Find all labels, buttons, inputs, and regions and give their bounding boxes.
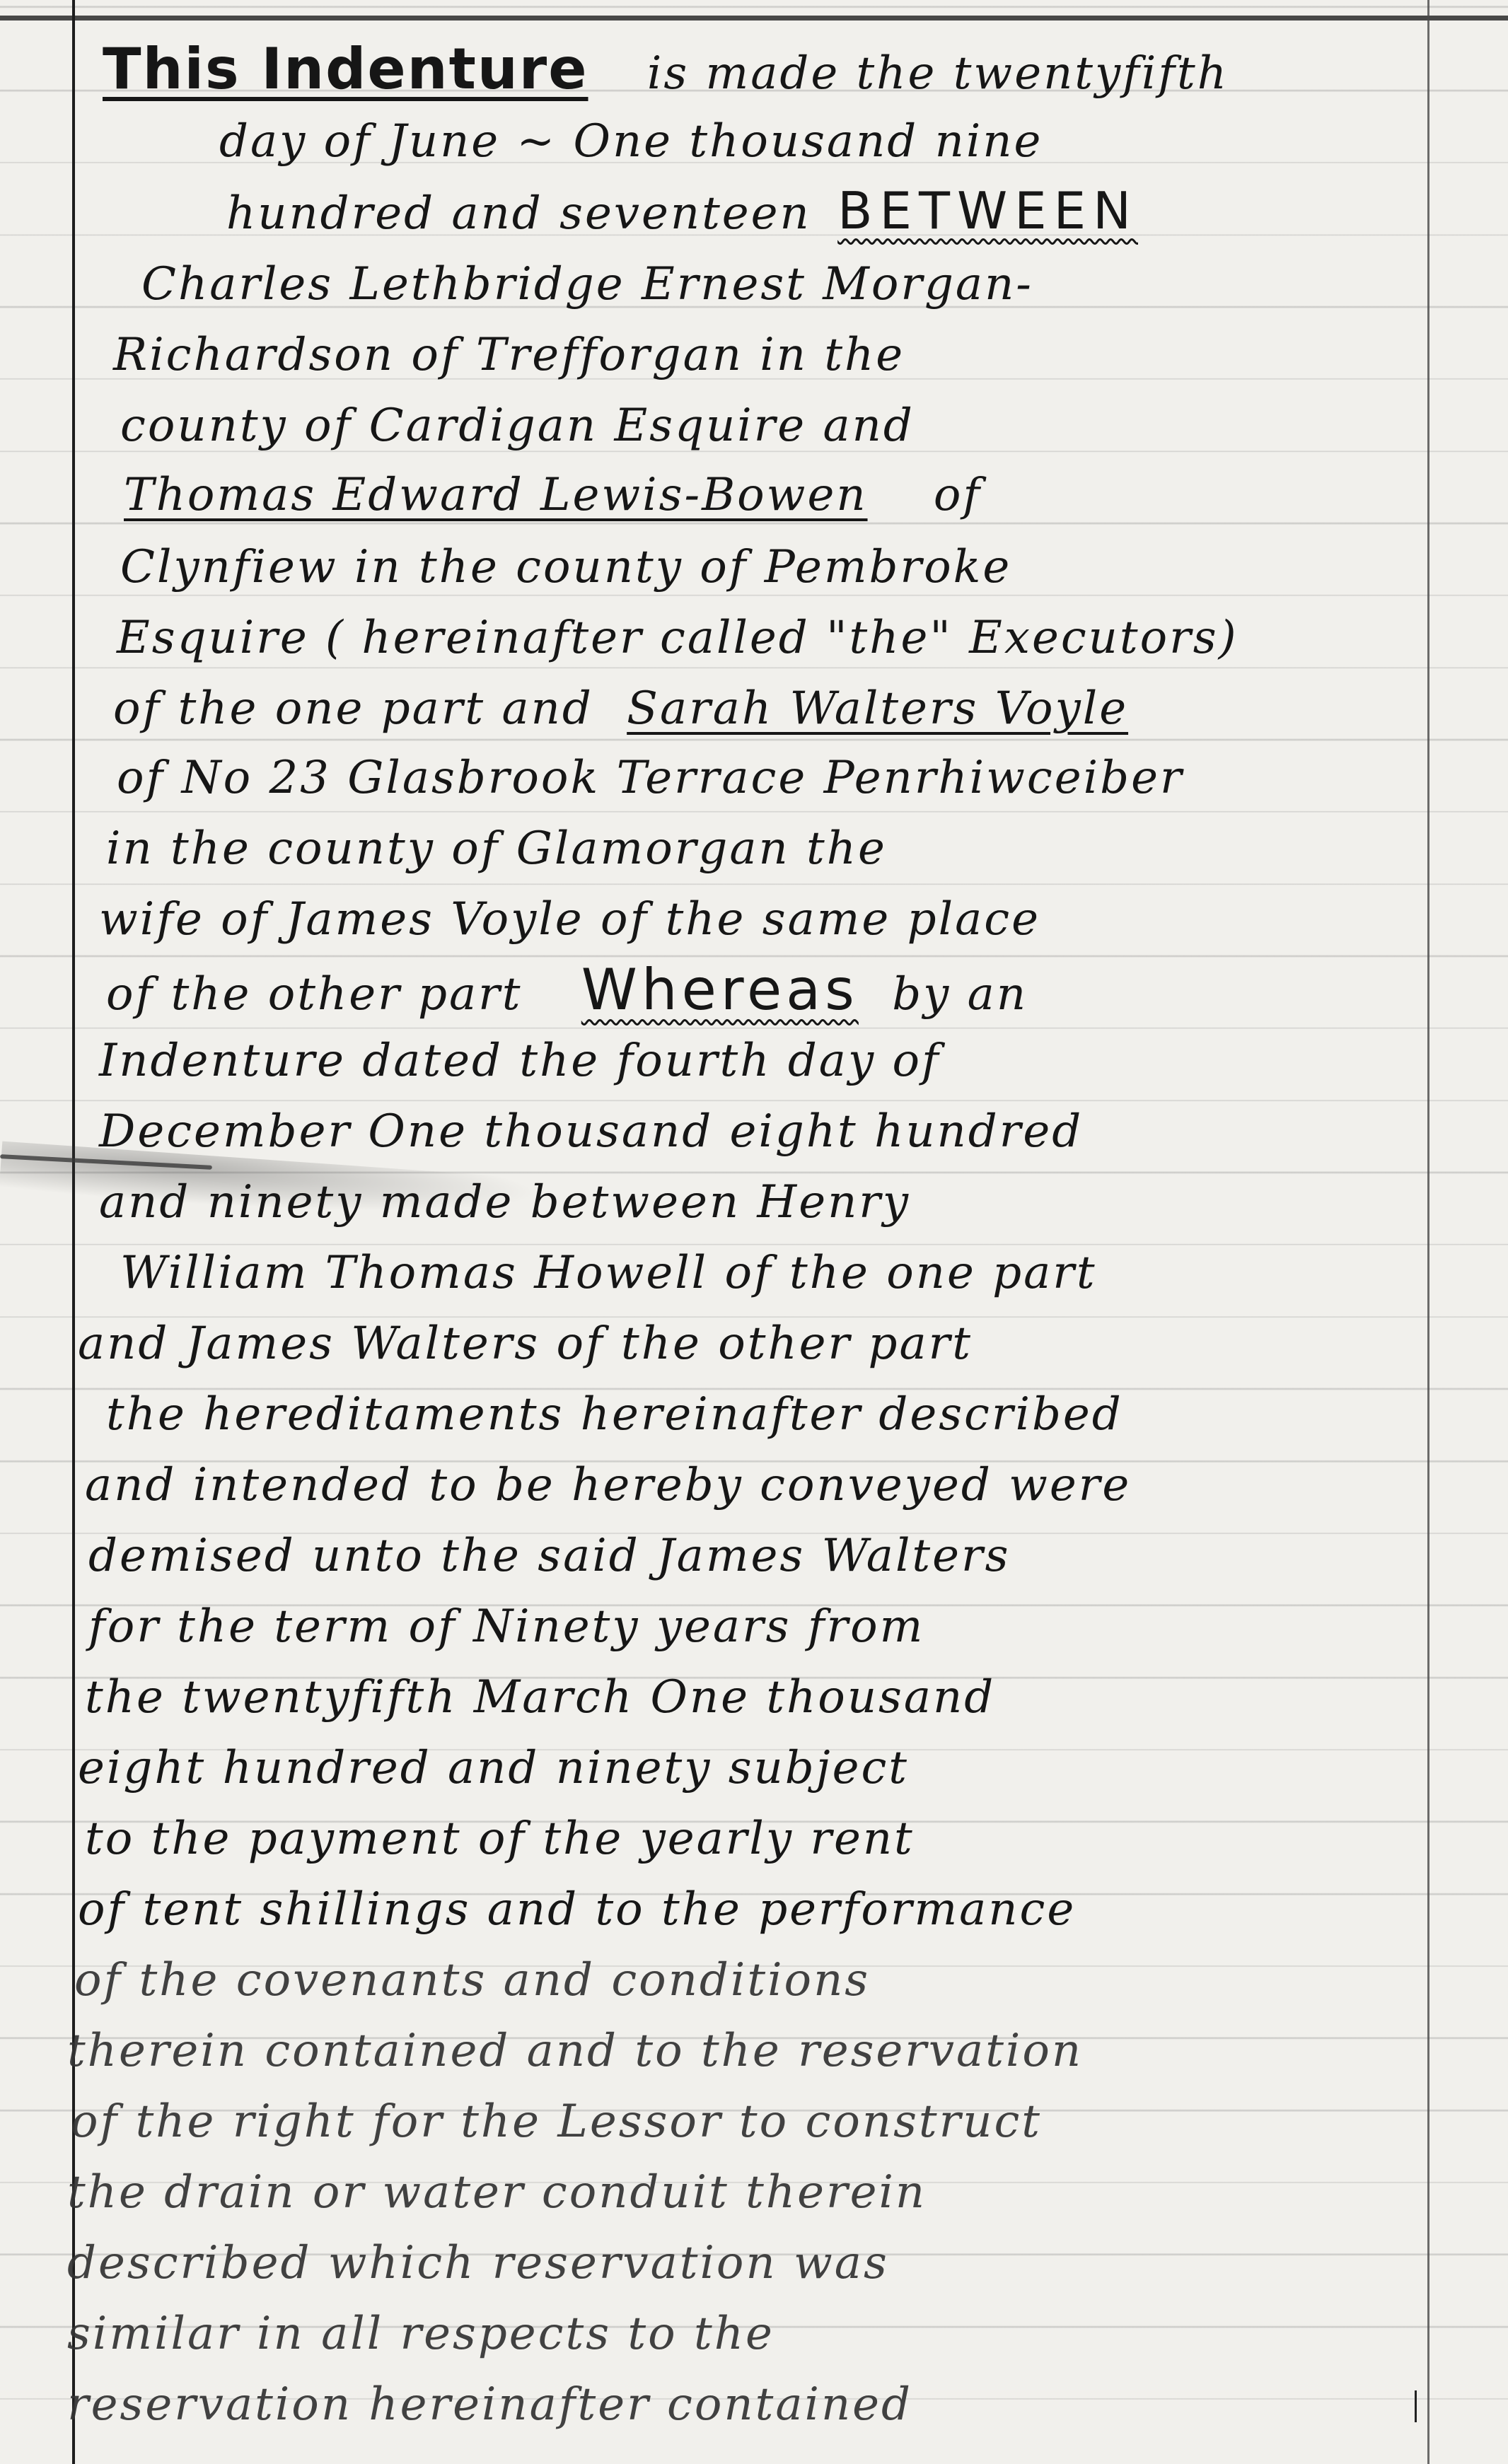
text-line-33: similar in all respects to the	[67, 2299, 775, 2369]
text-line-14: of the other part Whereas by an	[106, 955, 1028, 1025]
text-line-19: and James Walters of the other part	[78, 1308, 973, 1379]
text-line-25: eight hundred and ninety subject	[78, 1733, 909, 1803]
text-line-21: and intended to be hereby conveyed were	[85, 1450, 1131, 1521]
text-line-17: and ninety made between Henry	[99, 1167, 910, 1238]
text-line-6: county of Cardigan Esquire and	[120, 390, 915, 461]
deed-text-body: This Indenture is made the twentyfifth d…	[0, 0, 1508, 2464]
document-title: This Indenture	[103, 36, 588, 102]
party-name-lewis-bowen: Thomas Edward Lewis-Bowen	[124, 469, 868, 521]
whereas-heading: Whereas	[581, 957, 859, 1023]
text-line-7: Thomas Edward Lewis-Bowen of	[124, 460, 982, 530]
line-1-text: is made the twentyfifth	[647, 47, 1229, 100]
line-3-text: hundred and seventeen	[226, 187, 811, 240]
text-line-10: of the one part and Sarah Walters Voyle	[113, 673, 1128, 744]
text-line-5: Richardson of Trefforgan in the	[113, 320, 905, 390]
text-line-24: the twentyfifth March One thousand	[85, 1662, 995, 1733]
line-14-text: of the other part	[106, 968, 522, 1021]
line-10-text: of the one part and	[113, 682, 593, 735]
text-line-22: demised unto the said James Walters	[88, 1521, 1010, 1591]
text-line-34: reservation hereinafter contained	[67, 2369, 912, 2440]
text-line-32: described which reservation was	[67, 2228, 889, 2299]
text-line-23: for the term of Ninety years from	[88, 1591, 924, 1662]
text-line-20: the hereditaments hereinafter described	[106, 1379, 1123, 1450]
text-line-1: This Indenture is made the twentyfifth	[103, 34, 1229, 105]
text-line-3: hundred and seventeen BETWEEN	[226, 175, 1138, 246]
text-line-15: Indenture dated the fourth day of	[99, 1025, 941, 1096]
line-7-text: of	[934, 469, 982, 521]
text-line-2: day of June ~ One thousand nine	[219, 106, 1043, 177]
text-line-16: December One thousand eight hundred	[99, 1096, 1083, 1167]
text-line-11: of No 23 Glasbrook Terrace Penrhiwceiber	[117, 743, 1184, 813]
line-14-text-end: by an	[892, 968, 1028, 1021]
text-line-28: of the covenants and conditions	[74, 1945, 870, 2016]
text-line-4: Charles Lethbridge Ernest Morgan-	[141, 249, 1033, 320]
text-line-18: William Thomas Howell of the one part	[120, 1238, 1097, 1308]
text-line-13: wife of James Voyle of the same place	[99, 884, 1040, 955]
text-line-30: of the right for the Lessor to construct	[71, 2086, 1042, 2157]
pen-tick-mark	[1415, 2390, 1417, 2422]
text-line-8: Clynfiew in the county of Pembroke	[120, 532, 1011, 603]
text-line-29: therein contained and to the reservation	[67, 2016, 1083, 2086]
text-line-9: Esquire ( hereinafter called "the" Execu…	[117, 603, 1239, 673]
text-line-31: the drain or water conduit therein	[67, 2157, 927, 2228]
party-name-sarah-voyle: Sarah Walters Voyle	[627, 682, 1128, 735]
text-line-12: in the county of Glamorgan the	[106, 813, 887, 884]
between-heading: BETWEEN	[837, 181, 1138, 240]
text-line-26: to the payment of the yearly rent	[85, 1803, 915, 1874]
text-line-27: of tent shillings and to the performance	[78, 1874, 1076, 1945]
